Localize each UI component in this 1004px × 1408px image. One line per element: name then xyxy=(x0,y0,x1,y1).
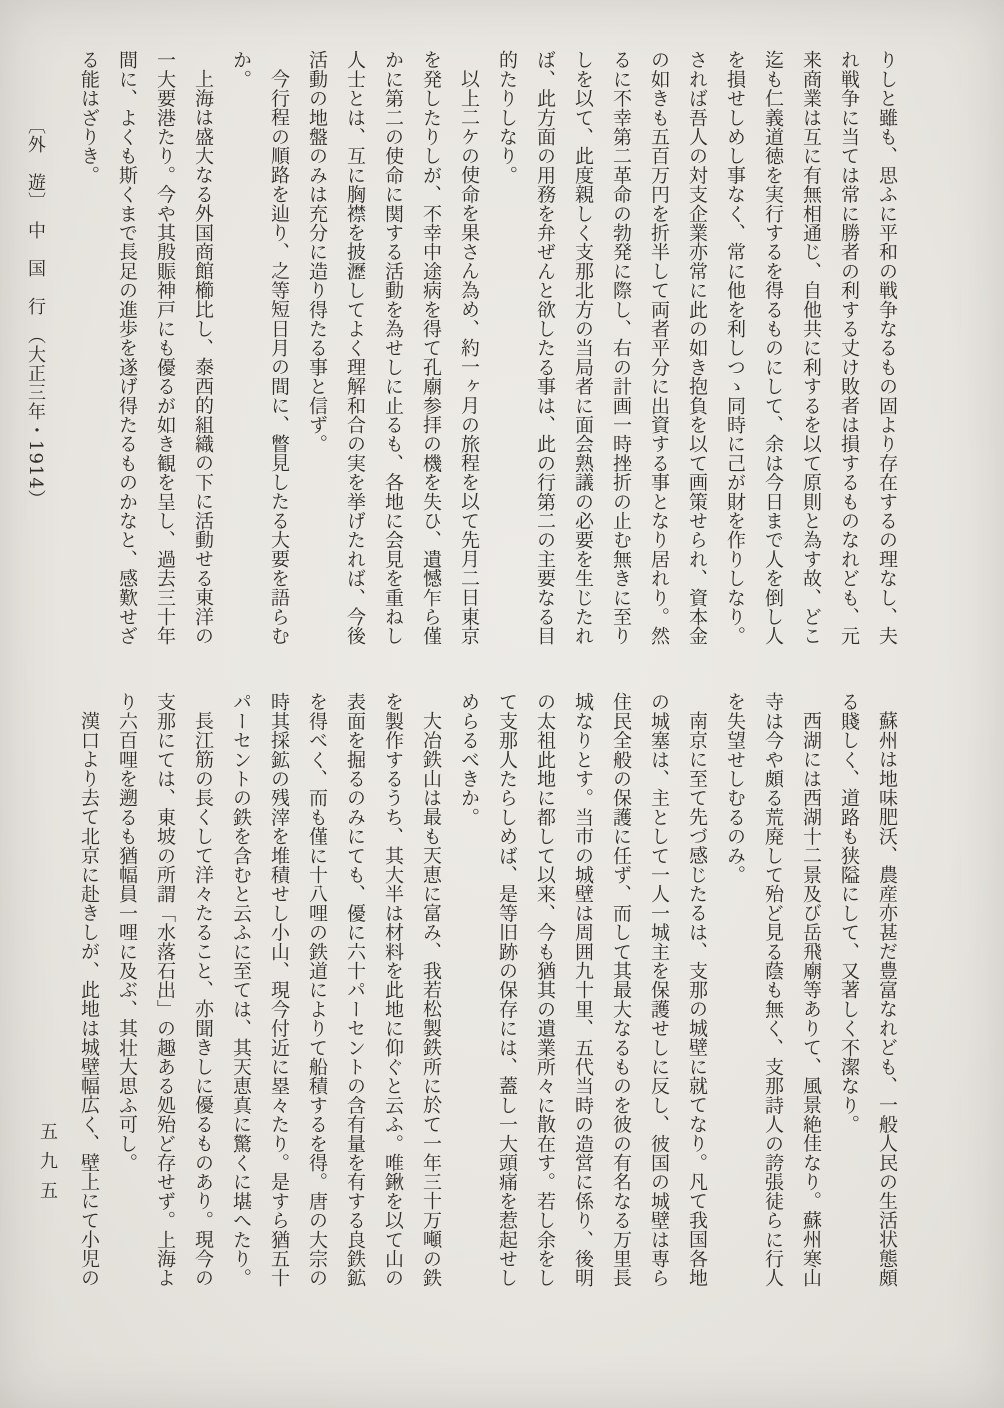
text-column: 大冶鉄山は最も天恵に富み、我若松製鉄所に於て一年三十万噸の鉄 xyxy=(412,692,450,1304)
text-column: 寺は今や頗る荒廃して殆ど見る蔭も無く、支那詩人の誇張徒らに行人 xyxy=(754,692,792,1304)
text-column: 長江筋の長くして洋々たること、亦聞きしに優るものあり。現今の xyxy=(184,692,222,1304)
text-column: 時其採鉱の残滓を堆積せし小山、現今付近に塁々たり。是すら猶五十 xyxy=(260,692,298,1304)
text-column: の城塞は、主として一人一城主を保護せしに反し、彼国の城壁は専ら xyxy=(640,692,678,1304)
text-column: る賤しく、道路も狭隘にして、又著しく不潔なり。 xyxy=(830,692,868,1304)
text-column: めらるべきか。 xyxy=(450,692,488,1304)
text-column: 表面を掘るのみにても、優に六十パーセントの含有量を有する良鉄鉱 xyxy=(336,692,374,1304)
text-column: 的たりしなり。 xyxy=(488,50,526,658)
running-head: 〔外 遊〕 中 国 行 （大正三年・1914） xyxy=(20,116,50,509)
text-column: しを以て、此度親しく支那北方の当局者に面会熟議の必要を生じたれ xyxy=(564,50,602,658)
text-column: れ戦争に当ては常に勝者の利する丈け敗者は損するものなれども、元 xyxy=(830,50,868,658)
text-column: て支那人たらしめば、是等旧跡の保存には、蓋し一大頭痛を惹起せし xyxy=(488,692,526,1304)
text-column: 来商業は互に有無相通じ、自他共に利するを以て原則と為す故、どこ xyxy=(792,50,830,658)
text-column: り六百哩を遡るも猶幅員一哩に及ぶ、其壮大思ふ可し。 xyxy=(108,692,146,1304)
text-column: を損せしめし事なく、常に他を利しつゝ同時に己が財を作りしなり。 xyxy=(716,50,754,658)
text-column: を発したりしが、不幸中途病を得て孔廟参拝の機を失ひ、遺憾乍ら僅 xyxy=(412,50,450,658)
text-column: りしと雖も、思ふに平和の戦争なるもの固より存在するの理なし、夫 xyxy=(868,50,906,658)
text-column: 西湖には西湖十二景及び岳飛廟等ありて、風景絶佳なり。蘇州寒山 xyxy=(792,692,830,1304)
text-column: パーセントの鉄を含むと云ふに至ては、其天恵真に驚くに堪へたり。 xyxy=(222,692,260,1304)
text-column: 間に、よくも斯くまで長足の進歩を遂げ得たるものかなと、感歎せざ xyxy=(108,50,146,658)
text-column: の如きも五百万円を折半して両者平分に出資する事となり居れり。然 xyxy=(640,50,678,658)
bottom-text-block: 蘇州は地味肥沃、農産亦甚だ豊富なれども、一般人民の生活状態頗る賤しく、道路も狭隘… xyxy=(70,692,906,1304)
text-column: 上海は盛大なる外国商館櫛比し、泰西的組織の下に活動せる東洋の xyxy=(184,50,222,658)
text-column: を失望せしむるのみ。 xyxy=(716,692,754,1304)
top-text-block: りしと雖も、思ふに平和の戦争なるもの固より存在するの理なし、夫れ戦争に当ては常に… xyxy=(70,50,906,658)
text-column: る能はざりき。 xyxy=(70,50,108,658)
text-column: かに第二の使命に関する活動を為せしに止るも、各地に会見を重ねし xyxy=(374,50,412,658)
text-column: を得べく、而も僅に十八哩の鉄道によりて船積するを得。唐の大宗の xyxy=(298,692,336,1304)
text-column: か。 xyxy=(222,50,260,658)
text-column: 漢口より去て北京に赴きしが、此地は城壁幅広く、壁上にて小児の xyxy=(70,692,108,1304)
text-column: るに不幸第二革命の勃発に際し、右の計画一時挫折の止む無きに至り xyxy=(602,50,640,658)
text-column: 一大要港たり。今や其殷賑神戸にも優るが如き観を呈し、過去三十年 xyxy=(146,50,184,658)
text-column: 迄も仁義道徳を実行するを得るものにして、余は今日まで人を倒し人 xyxy=(754,50,792,658)
text-column: 南京に至て先づ感じたるは、支那の城壁に就てなり。凡て我国各地 xyxy=(678,692,716,1304)
text-column: 人士とは、互に胸襟を披瀝してよく理解和合の実を挙げたれば、今後 xyxy=(336,50,374,658)
text-column: されば吾人の対支企業亦常に此の如き抱負を以て画策せられ、資本金 xyxy=(678,50,716,658)
text-column: 蘇州は地味肥沃、農産亦甚だ豊富なれども、一般人民の生活状態頗 xyxy=(868,692,906,1304)
text-column: 今行程の順路を辿り、之等短日月の間に、瞥見したる大要を語らむ xyxy=(260,50,298,658)
scanned-book-page: りしと雖も、思ふに平和の戦争なるもの固より存在するの理なし、夫れ戦争に当ては常に… xyxy=(0,0,1004,1408)
text-column: を製作するうち、其大半は材料を此地に仰ぐと云ふ。唯鍬を以て山の xyxy=(374,692,412,1304)
text-column: の太祖此地に都して以来、今も猶其の遺業所々に散在す。若し余をし xyxy=(526,692,564,1304)
text-column: 城なりとす。当市の城壁は周囲九十里、五代当時の造営に係り、後明 xyxy=(564,692,602,1304)
text-column: 住民全般の保護に任ず、而して其最大なるものを彼の有名なる万里長 xyxy=(602,692,640,1304)
text-column: ば、此方面の用務を弁ぜんと欲したる事は、此の行第二の主要なる目 xyxy=(526,50,564,658)
page-number: 五九五 xyxy=(34,1122,60,1211)
text-column: 活動の地盤のみは充分に造り得たる事と信ず。 xyxy=(298,50,336,658)
text-column: 以上二ケの使命を果さん為め、約一ヶ月の旅程を以て先月二日東京 xyxy=(450,50,488,658)
text-column: 支那にては、東坡の所謂「水落石出」の趣ある処殆ど存せず。上海よ xyxy=(146,692,184,1304)
